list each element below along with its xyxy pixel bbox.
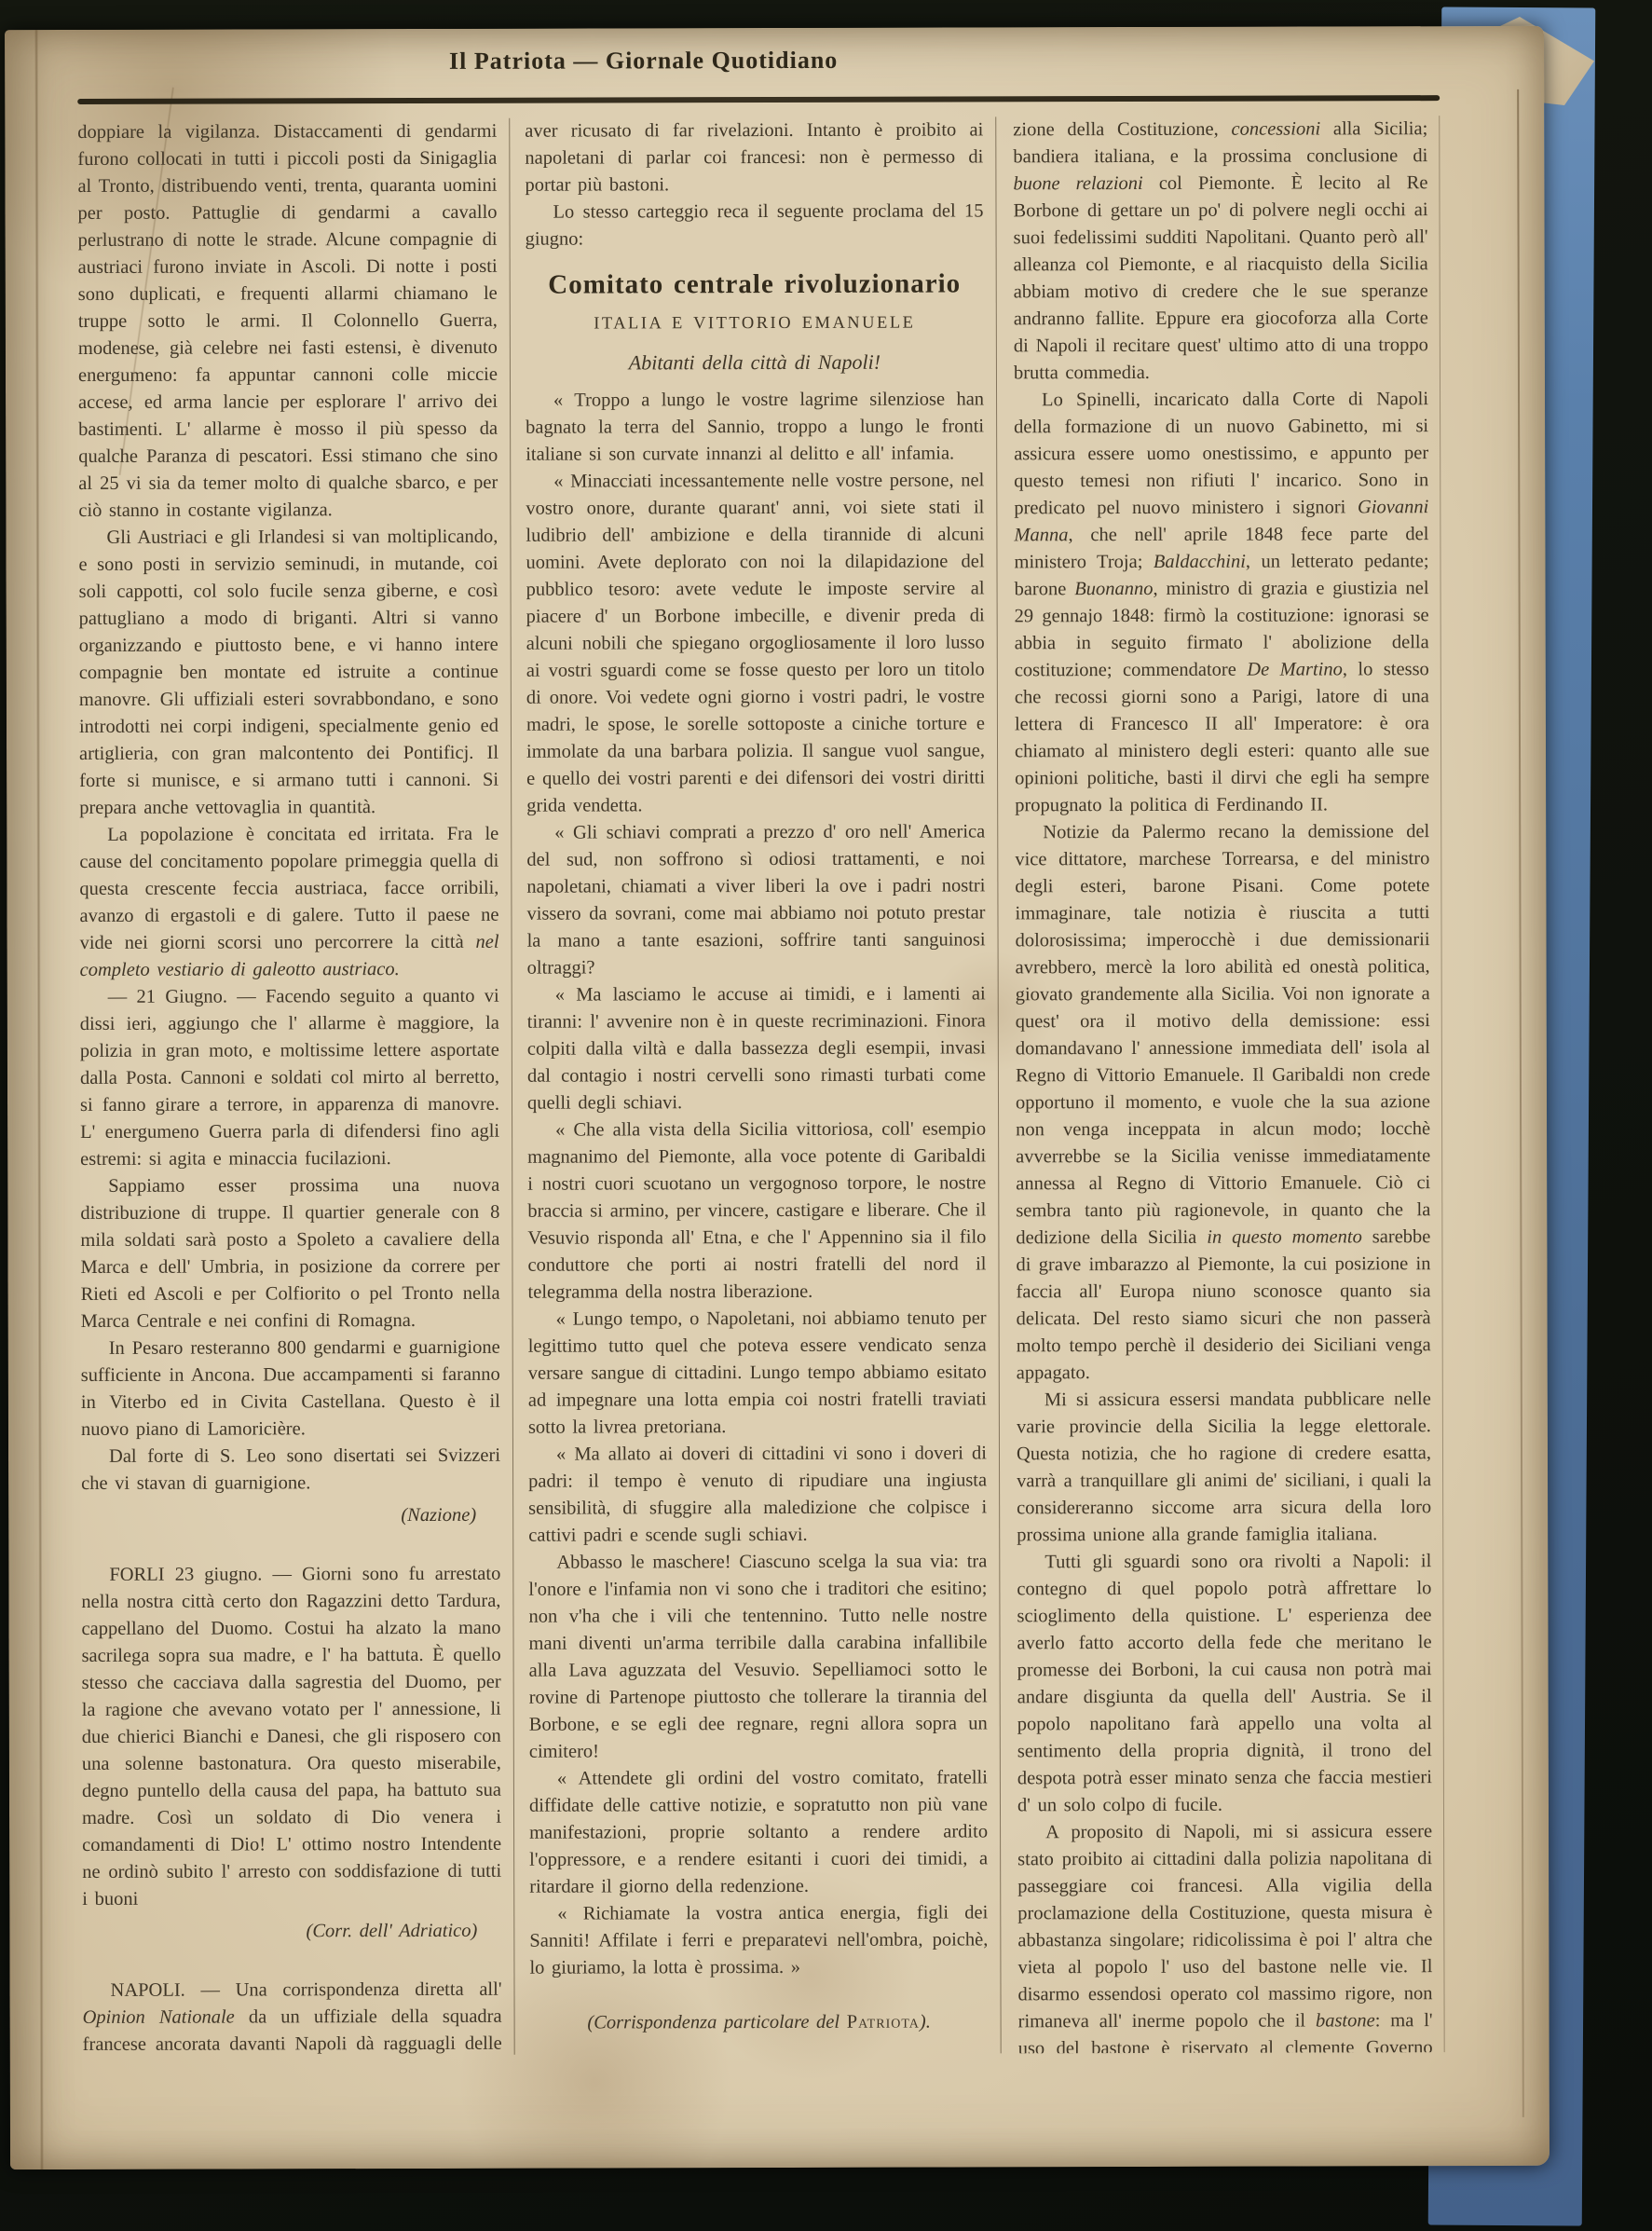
text-run: Notizie da Palermo recano la demissione … [1015,821,1430,1248]
paragraph: Abitanti della città di Napoli! [526,348,984,376]
paragraph: « Richiamate la vostra antica energia, f… [529,1899,988,1981]
text-run: Dal forte di S. Leo sono disertati sei S… [81,1445,500,1494]
text-run: zione della Costituzione, [1013,119,1231,141]
text-run: Gli Austriaci e gli Irlandesi si van mol… [78,527,498,818]
paragraph: Mi si assicura essersi mandata pubblicar… [1017,1386,1431,1549]
text-run: La popolazione è concitata ed irritata. … [79,824,498,953]
text-run: « Ma lasciamo le accuse ai timidi, e i l… [527,983,986,1113]
text-run: ). [920,2012,931,2033]
text-run: giugno [848,2054,901,2055]
newspaper-page: Il Patriota — Giornale Quotidiano doppia… [5,26,1550,2169]
paragraph: aver ricusato di far rivelazioni. Intant… [525,116,983,198]
paragraph: « Attendete gli ordini del vostro comita… [529,1764,988,1900]
text-run: ) [471,1921,477,1941]
paragraph: FORLI 23 giugno. — Giorni sono fu arrest… [81,1561,501,1913]
text-run: Baldacchini [1154,552,1246,572]
text-run: Torino [759,2054,810,2055]
column-3: zione della Costituzione, concessioni al… [995,116,1444,2053]
gutter-crease [34,30,44,2169]
paragraph: doppiare la vigilanza. Distaccamenti di … [77,118,498,525]
text-run: Adriatico [399,1921,471,1941]
paragraph: Notizie da Palermo recano la demissione … [1015,818,1431,1387]
text-run: doppiare la vigilanza. Distaccamenti di … [77,121,498,521]
paragraph: Torino, 27 giugno. [530,2050,989,2054]
paragraph: Tutti gli sguardi sono ora rivolti a Nap… [1017,1548,1432,1819]
text-run: « Ma allato ai doveri di cittadini vi so… [528,1443,987,1545]
paragraph: In Pesaro resteranno 800 gendarmi e guar… [81,1334,500,1444]
paragraph: NAPOLI. — Una corrispondenza diretta all… [82,1977,501,2056]
text-run: sarebbe di grave imbarazzo al Piemonte, … [1016,1226,1430,1383]
column-1: doppiare la vigilanza. Distaccamenti di … [77,118,501,2056]
paragraph: « Gli schiavi comprati a prezzo d' oro n… [526,818,985,981]
text-run: « Che alla vista della Sicilia vittorios… [527,1118,986,1302]
text-run: Tutti gli sguardi sono ora rivolti a Nap… [1017,1551,1432,1815]
text-run: In Pesaro resteranno 800 gendarmi e guar… [81,1337,500,1440]
column-2: aver ricusato di far rivelazioni. Intant… [509,116,988,2054]
paragraph: « Ma allato ai doveri di cittadini vi so… [528,1440,987,1549]
paragraph: A proposito di Napoli, mi si assicura es… [1017,1818,1433,2053]
text-run: Mi si assicura essersi mandata pubblicar… [1017,1389,1431,1545]
text-run: , 27 [810,2054,848,2055]
text-run: Abbasso le maschere! Ciascuno scelga la … [528,1551,987,1761]
page-columns: doppiare la vigilanza. Distaccamenti di … [77,116,1444,2056]
paragraph: Lo Spinelli, incaricato dalla Corte di N… [1014,386,1429,819]
paragraph: « Troppo a lungo le vostre lagrime silen… [526,386,984,468]
text-run: « Richiamate la vostra antica energia, f… [529,1902,988,1978]
photographed-book-page: Il Patriota — Giornale Quotidiano doppia… [0,0,1652,2231]
text-run: , lo stesso che recossi giorni sono a Pa… [1015,659,1429,815]
text-run: concessioni [1231,118,1320,139]
text-run: Abitanti della città di Napoli! [629,350,881,375]
text-run: A proposito di Napoli, mi si assicura es… [1017,1821,1432,2032]
text-run: (Nazione) [401,1505,476,1526]
page-frame-line [1517,89,1524,2117]
paragraph: (Corrispondenza particolare del Patriota… [530,2008,989,2036]
paragraph: (Nazione) [81,1502,500,1530]
text-run: (Corrispondenza particolare del [587,2012,846,2033]
paragraph: Sappiamo esser prossima una nuova distri… [80,1172,499,1335]
text-run: col Piemonte. È lecito al Re Borbone di … [1013,172,1427,383]
text-run: buone relazioni [1013,173,1142,194]
paragraph: zione della Costituzione, concessioni al… [1013,116,1428,387]
paragraph: « Minacciati incessantemente nelle vostr… [526,467,985,819]
text-run: « Troppo a lungo le vostre lagrime silen… [526,389,984,464]
paragraph: Abbasso le maschere! Ciascuno scelga la … [528,1548,988,1765]
paragraph: « Che alla vista della Sicilia vittorios… [527,1115,987,1306]
text-run: Comitato centrale rivoluzionario [548,268,961,299]
text-run: — 21 Giugno. — Facendo seguito a quanto … [80,986,499,1170]
paragraph: Gli Austriaci e gli Irlandesi si van mol… [78,524,498,822]
paragraph: « Lungo tempo, o Napoletani, noi abbiamo… [528,1305,987,1441]
text-run: « Attendete gli ordini del vostro comita… [529,1767,988,1896]
paragraph: — 21 Giugno. — Facendo seguito a quanto … [80,983,500,1173]
text-run: FORLI 23 giugno. — Giorni sono fu arrest… [81,1564,501,1909]
paragraph: ITALIA E VITTORIO EMANUELE [526,309,984,337]
text-run: Buonanno [1074,579,1153,599]
text-run: « Lungo tempo, o Napoletani, noi abbiamo… [528,1307,987,1437]
paragraph: Dal forte di S. Leo sono disertati sei S… [81,1443,500,1498]
text-run: Patriota [847,2012,920,2033]
masthead: Il Patriota — Giornale Quotidiano [5,46,1282,77]
text-run: De Martino [1247,659,1343,679]
text-run: NAPOLI. — Una corrispondenza diretta all… [110,1979,501,2001]
text-run: Sappiamo esser prossima una nuova distri… [80,1175,499,1332]
text-run: in questo momento [1207,1226,1362,1247]
paragraph: La popolazione è concitata ed irritata. … [79,821,498,984]
paragraph: Comitato centrale rivoluzionario [526,267,984,301]
text-run: ITALIA E VITTORIO EMANUELE [594,314,915,334]
text-run: « Gli schiavi comprati a prezzo d' oro n… [526,821,985,978]
text-run: bastone [1316,2010,1375,2031]
newspaper-title: Il Patriota — Giornale Quotidiano [449,47,838,75]
text-run: . [901,2054,906,2055]
paragraph: Lo stesso carteggio reca il seguente pro… [525,198,983,253]
text-run: Opinion Nationale [83,2007,235,2028]
masthead-rule [77,95,1440,104]
paragraph: « Ma lasciamo le accuse ai timidi, e i l… [527,980,986,1116]
paragraph: (Corr. dell' Adriatico) [82,1918,501,1946]
text-run: aver ricusato di far rivelazioni. Intant… [525,119,983,195]
text-run: (Corr. dell' [306,1921,399,1941]
text-run: « Minacciati incessantemente nelle vostr… [526,470,985,815]
text-run: Lo stesso carteggio reca il seguente pro… [526,200,984,249]
